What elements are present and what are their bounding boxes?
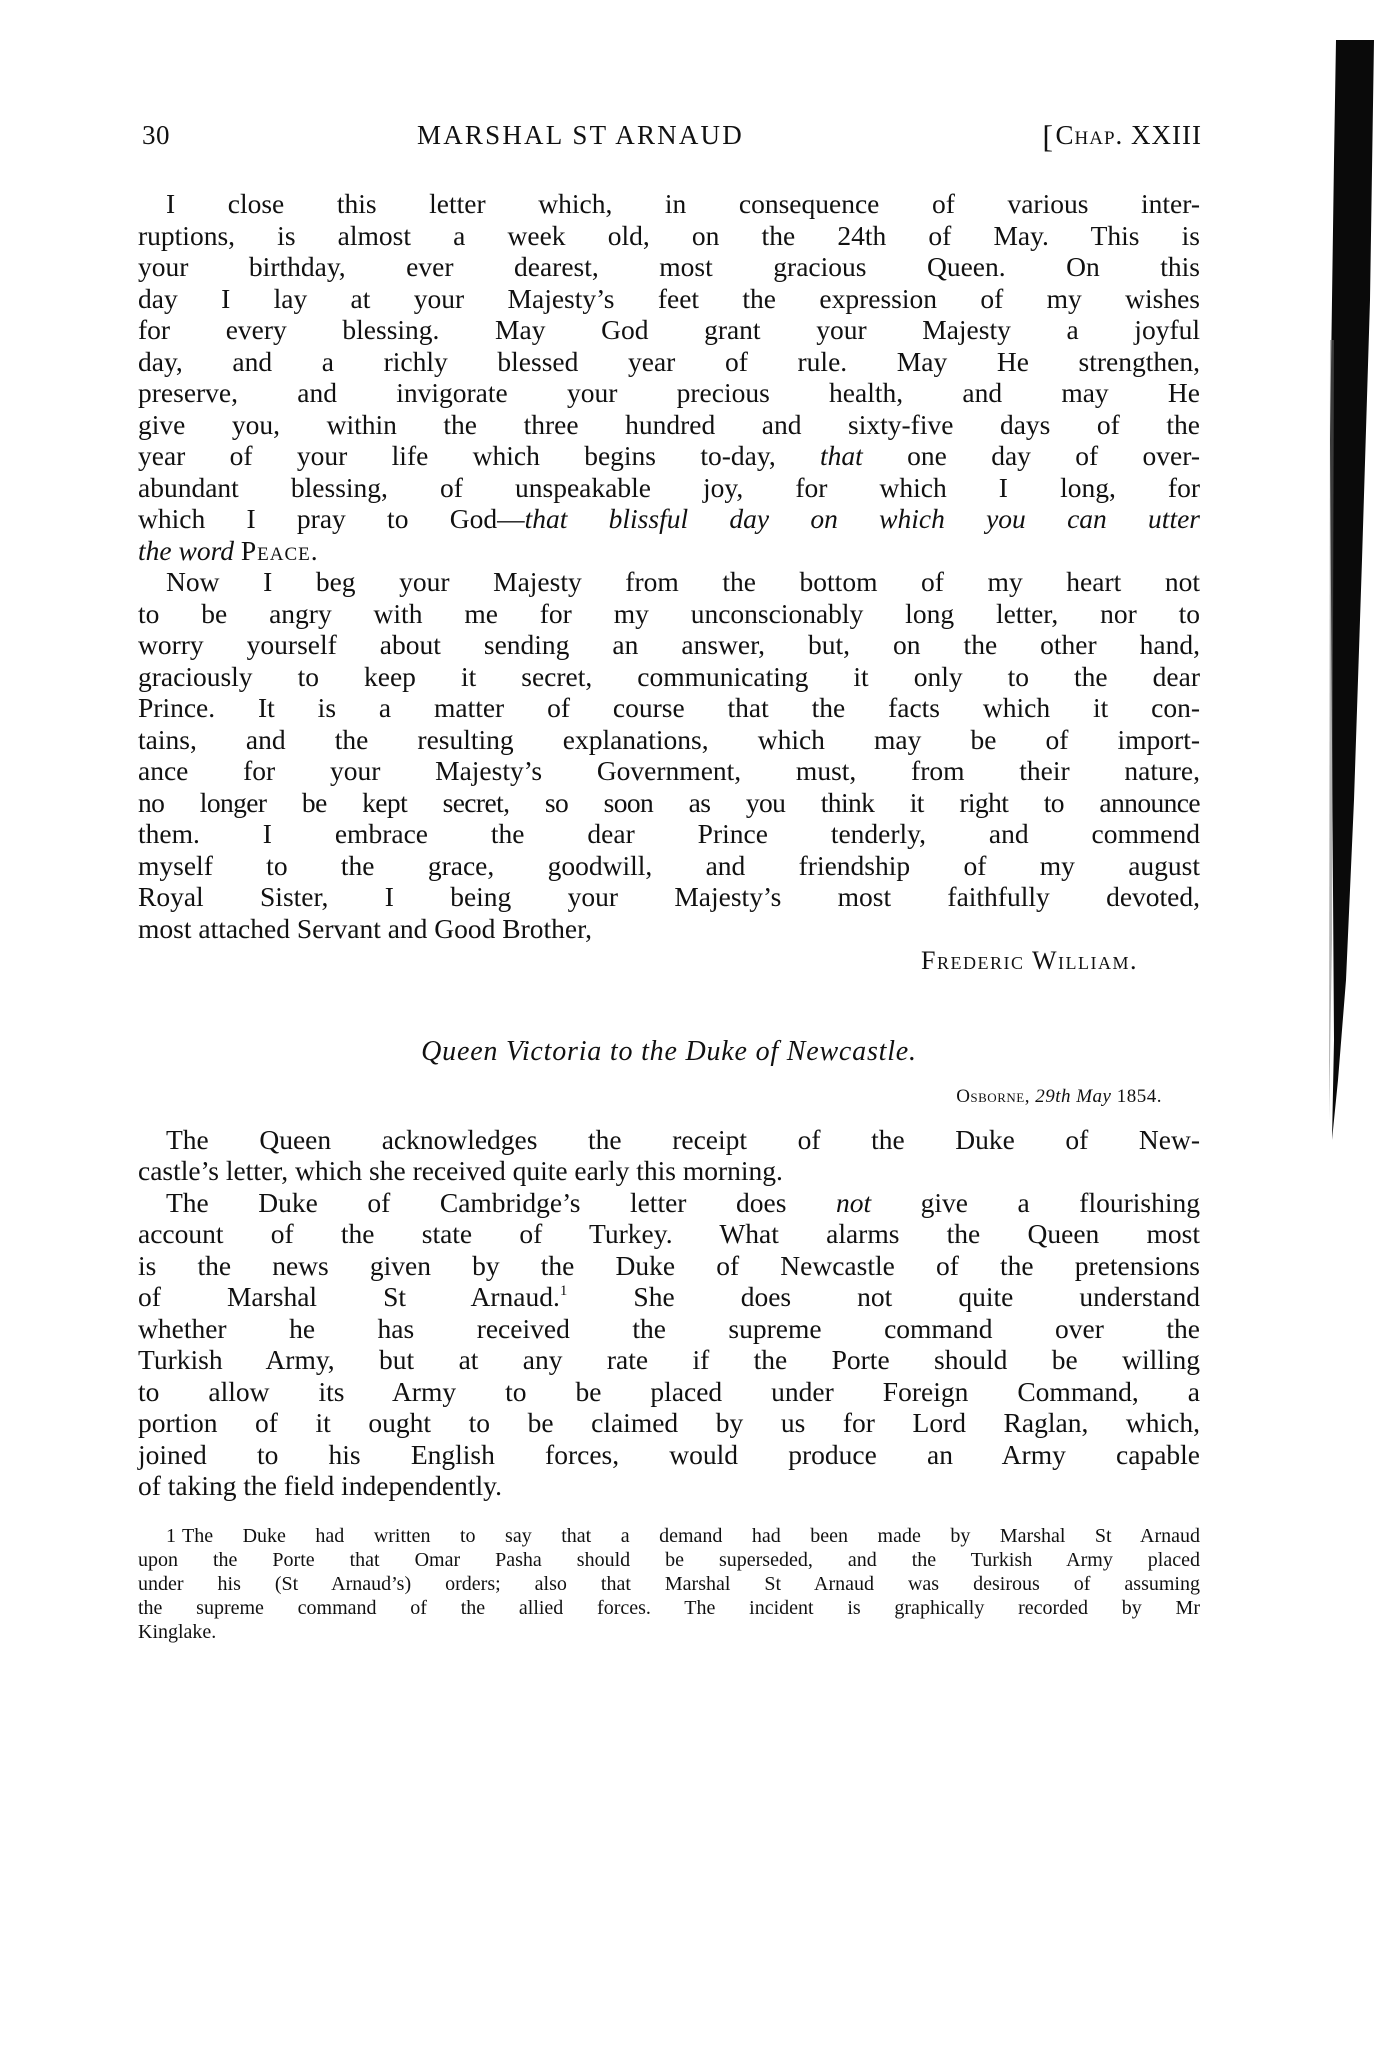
text-run: which I pray to God— (138, 503, 525, 534)
text-line: for every blessing. May God grant your M… (138, 314, 1200, 346)
signature: Frederic William. (921, 945, 1138, 977)
text-line: I close this letter which, in consequenc… (138, 188, 1200, 220)
text-line: Turkish Army, but at any rate if the Por… (138, 1344, 1200, 1376)
text-line: tains, and the resulting explanations, w… (138, 724, 1200, 756)
text-line: to allow its Army to be placed under For… (138, 1376, 1200, 1408)
text-run: year of your life which begins to-day, (138, 440, 820, 471)
dateline-day: 29th May (1035, 1086, 1111, 1107)
text-line: worry yourself about sending an answer, … (138, 629, 1200, 661)
chapter-label: Chap. XXIII (1056, 120, 1203, 150)
dateline-place: Osborne, (956, 1086, 1030, 1107)
text-line: of taking the field independently. (138, 1470, 1200, 1502)
emphasis-text: not (836, 1187, 871, 1218)
text-line: portion of it ought to be claimed by us … (138, 1407, 1200, 1439)
text-run: one day of over- (863, 440, 1200, 471)
running-title: MARSHAL ST ARNAUD (417, 118, 744, 152)
binding-edge-shadow (1328, 40, 1376, 1440)
dateline: Osborne, 29th May 1854. (956, 1085, 1162, 1109)
small-caps-word: Peace (241, 535, 311, 566)
text-run: give a flourishing (871, 1187, 1200, 1218)
text-line: joined to his English forces, would prod… (138, 1439, 1200, 1471)
text-line: day I lay at your Majesty’s feet the exp… (138, 283, 1200, 315)
text-line: the word Peace. (138, 535, 1200, 567)
text-line: account of the state of Turkey. What ala… (138, 1218, 1200, 1250)
text-line: year of your life which begins to-day, t… (138, 440, 1200, 472)
text-line: most attached Servant and Good Brother, (138, 913, 1200, 945)
text-line: graciously to keep it secret, communicat… (138, 661, 1200, 693)
text-line: whether he has received the supreme comm… (138, 1313, 1200, 1345)
footnote-line: Kinglake. (138, 1620, 1200, 1644)
footnote-line: 1The Duke had written to say that a dema… (138, 1524, 1200, 1548)
emphasis-text: that blissful day on which you can utter (525, 503, 1200, 534)
text-line: is the news given by the Duke of Newcast… (138, 1250, 1200, 1282)
text-line: of Marshal St Arnaud.1 She does not quit… (138, 1281, 1200, 1313)
text-run: The Duke had written to say that a deman… (182, 1525, 1200, 1547)
letter-heading: Queen Victoria to the Duke of Newcastle. (138, 1035, 1200, 1069)
dateline-year: 1854. (1117, 1086, 1162, 1107)
page-number: 30 (142, 118, 170, 152)
text-line: The Duke of Cambridge’s letter does not … (138, 1187, 1200, 1219)
footnote-line: under his (St Arnaud’s) orders; also tha… (138, 1572, 1200, 1596)
chapter-marker: [Chap. XXIII (1042, 118, 1202, 153)
footnote-line: the supreme command of the allied forces… (138, 1596, 1200, 1620)
text-run: of Marshal St Arnaud. (138, 1281, 560, 1312)
text-line: Now I beg your Majesty from the bottom o… (138, 566, 1200, 598)
text-run: The Duke of Cambridge’s letter does (166, 1187, 836, 1218)
text-run: She does not quite understand (567, 1281, 1200, 1312)
text-line: which I pray to God—that blissful day on… (138, 503, 1200, 535)
footnote-line: upon the Porte that Omar Pasha should be… (138, 1548, 1200, 1572)
text-line: them. I embrace the dear Prince tenderly… (138, 818, 1200, 850)
text-line: ruptions, is almost a week old, on the 2… (138, 220, 1200, 252)
text-line: give you, within the three hundred and s… (138, 409, 1200, 441)
text-run: . (311, 535, 318, 566)
text-line: myself to the grace, goodwill, and frien… (138, 850, 1200, 882)
text-line: no longer be kept secret, so soon as you… (138, 787, 1200, 819)
book-page: 30 MARSHAL ST ARNAUD [Chap. XXIII I clos… (0, 0, 1382, 2056)
text-line: preserve, and invigorate your precious h… (138, 377, 1200, 409)
text-line: day, and a richly blessed year of rule. … (138, 346, 1200, 378)
text-line: abundant blessing, of unspeakable joy, f… (138, 472, 1200, 504)
text-line: to be angry with me for my unconscionabl… (138, 598, 1200, 630)
text-line: Royal Sister, I being your Majesty’s mos… (138, 881, 1200, 913)
footnote-number: 1 (166, 1525, 176, 1547)
text-line: castle’s letter, which she received quit… (138, 1155, 1200, 1187)
running-header: 30 MARSHAL ST ARNAUD [Chap. XXIII (142, 118, 1202, 152)
text-line: The Queen acknowledges the receipt of th… (138, 1124, 1200, 1156)
emphasis-text: that (820, 440, 863, 471)
text-line: Prince. It is a matter of course that th… (138, 692, 1200, 724)
bracket-glyph: [ (1042, 118, 1054, 154)
text-line: ance for your Majesty’s Government, must… (138, 755, 1200, 787)
emphasis-text: the word (138, 535, 234, 566)
text-line: your birthday, ever dearest, most gracio… (138, 251, 1200, 283)
